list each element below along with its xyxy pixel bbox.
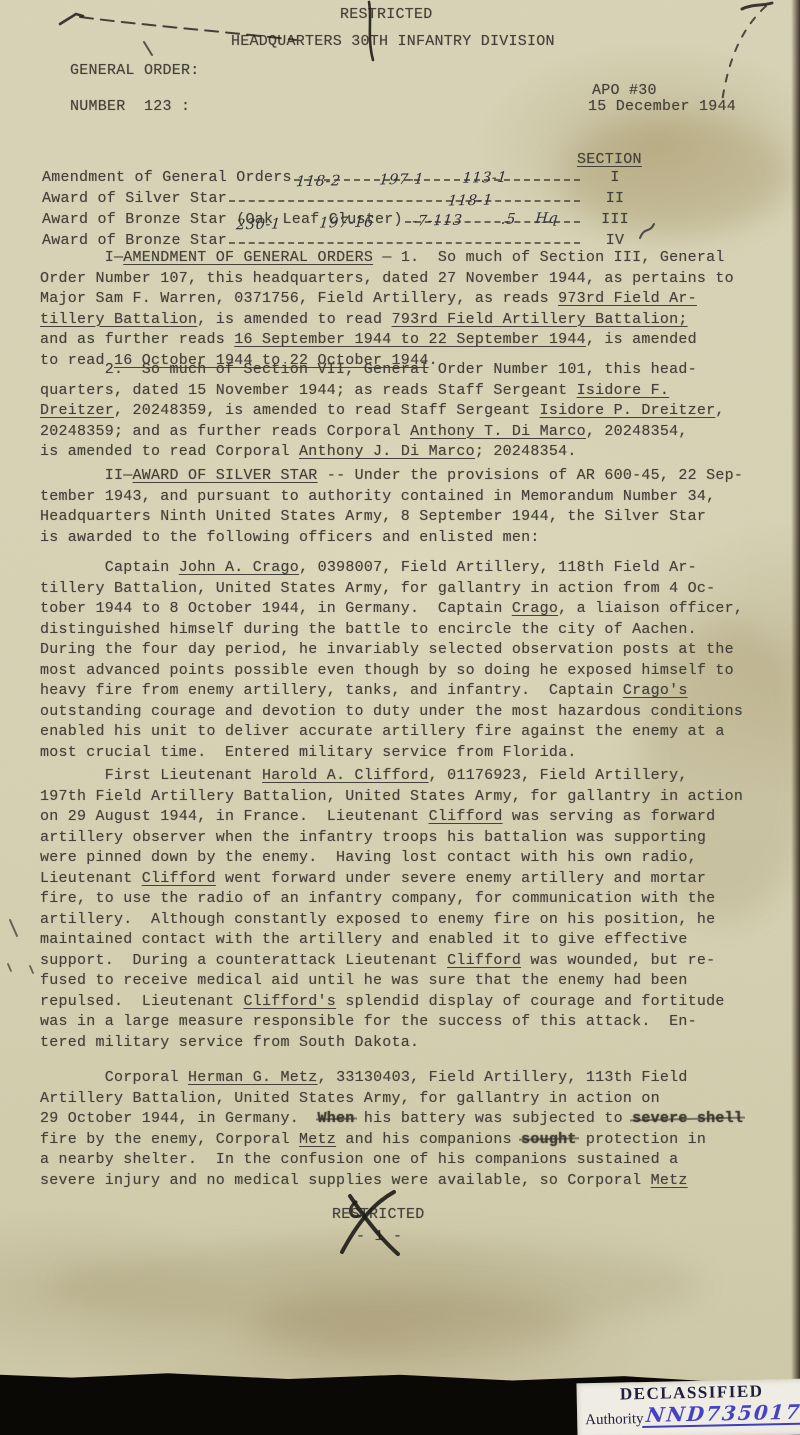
declassified-stamp: DECLASSIFIED Authority NND735017 (576, 1379, 800, 1435)
toc-section-numeral: III (582, 210, 648, 231)
paragraph-silver-star-intro: II—AWARD OF SILVER STAR -- Under the pro… (40, 466, 762, 548)
classification-top: RESTRICTED (340, 5, 433, 26)
text-segment: Harold A. Clifford (262, 767, 429, 784)
text-segment: sought (521, 1131, 577, 1148)
text-segment: Anthony T. Di Marco (410, 423, 586, 440)
toc-label: Award of Silver Star (42, 189, 227, 210)
authority-label: Authority (585, 1411, 644, 1429)
text-segment: I— (40, 249, 123, 266)
text-segment: fire by the enemy, Corporal (40, 1131, 299, 1148)
text-segment: 16 September 1944 to 22 September 1944 (234, 331, 586, 348)
text-segment: Clifford (447, 952, 521, 969)
toc-row-silver-star: Award of Silver Star II (42, 189, 648, 210)
text-segment: outstanding courage and devotion to duty… (40, 703, 743, 761)
toc-leader (229, 199, 580, 202)
toc-leader (294, 178, 580, 181)
text-segment: Corporal (40, 1069, 188, 1086)
paragraph-citation-clifford: First Lieutenant Harold A. Clifford, 011… (40, 766, 762, 1053)
text-segment: and as further reads (40, 331, 234, 348)
text-segment: Herman G. Metz (188, 1069, 318, 1086)
paragraph-citation-metz: Corporal Herman G. Metz, 33130403, Field… (40, 1068, 762, 1191)
toc-row-amendment: Amendment of General Orders I (42, 168, 648, 189)
text-segment: Crago (512, 600, 558, 617)
scan-edge-shadow (791, 0, 800, 1380)
paragraph-citation-crago: Captain John A. Crago, 0398007, Field Ar… (40, 558, 762, 763)
text-segment: AWARD OF SILVER STAR (133, 467, 318, 484)
scanned-document-page: { "header": { "classification": "RESTRIC… (0, 0, 800, 1435)
toc-label: Amendment of General Orders (42, 168, 292, 189)
toc-label: Award of Bronze Star (Oak Leaf Cluster) (42, 210, 403, 231)
general-order-label: GENERAL ORDER: (70, 61, 200, 82)
paragraph-amendment-1: I—AMENDMENT OF GENERAL ORDERS — 1. So mu… (40, 248, 762, 371)
text-segment: Clifford's (244, 993, 337, 1010)
text-segment: II— (40, 467, 133, 484)
toc-section-numeral: I (582, 168, 648, 189)
page-number: - 1 - (356, 1227, 402, 1248)
toc-section-numeral: II (582, 189, 648, 210)
text-segment: , 20248359, is amended to read Staff Ser… (114, 402, 540, 419)
text-segment: Clifford (429, 808, 503, 825)
text-segment: his battery was subjected to (355, 1110, 633, 1127)
text-segment: ; 20248354. (475, 443, 577, 460)
paragraph-amendment-2: 2. So much of Section VII, General Order… (40, 360, 762, 463)
authority-number-handwritten: NND735017 (643, 1402, 800, 1428)
text-segment: Metz (651, 1172, 688, 1189)
text-segment: John A. Crago (179, 559, 299, 576)
toc-leader (229, 241, 580, 244)
text-segment: severe shell (632, 1110, 743, 1127)
paper-stain (60, 1240, 700, 1330)
text-segment: , is amended to read (197, 311, 391, 328)
text-segment: Captain (40, 559, 179, 576)
headquarters-line: HEADQUARTERS 30TH INFANTRY DIVISION (231, 32, 555, 53)
order-number: NUMBER 123 : (70, 97, 190, 118)
order-date: 15 December 1944 (588, 97, 736, 118)
paper-stain (250, 1290, 580, 1360)
text-segment: Anthony J. Di Marco (299, 443, 475, 460)
text-segment: and his companions (336, 1131, 521, 1148)
text-segment: Isidore P. Dreitzer (540, 402, 716, 419)
toc-row-bronze-star-olc: Award of Bronze Star (Oak Leaf Cluster) … (42, 210, 648, 231)
text-segment: AMENDMENT OF GENERAL ORDERS (123, 249, 373, 266)
text-segment: When (318, 1110, 355, 1127)
text-segment: Clifford (142, 870, 216, 887)
text-segment: 793rd Field Artillery Battalion; (392, 311, 688, 328)
text-segment: First Lieutenant (40, 767, 262, 784)
toc-leader (405, 220, 580, 223)
text-segment: Crago's (623, 682, 688, 699)
classification-bottom: RESTRICTED (332, 1205, 425, 1226)
text-segment: Metz (299, 1131, 336, 1148)
